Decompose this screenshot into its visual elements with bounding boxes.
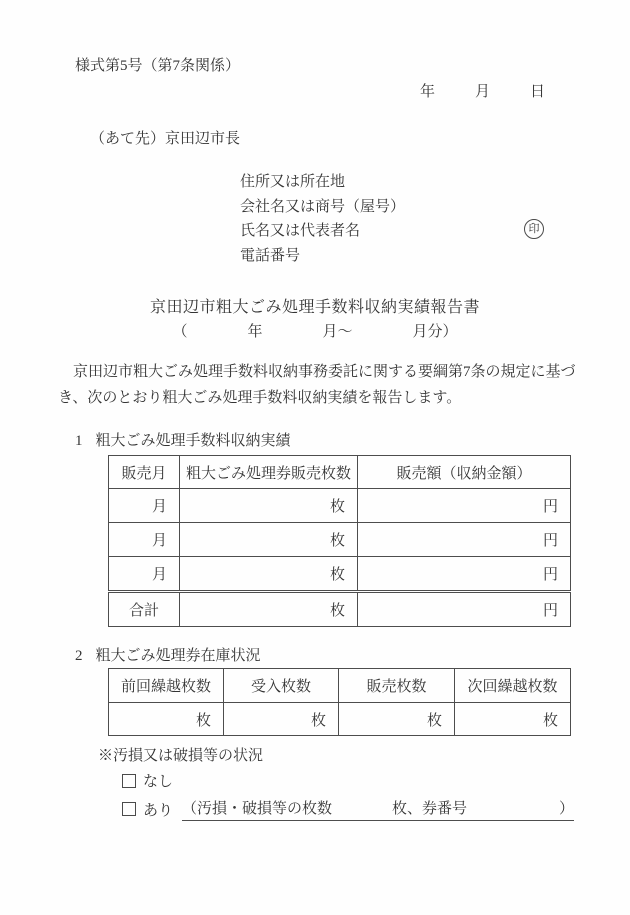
- section1-number: 1: [75, 433, 83, 450]
- cell-total-label: 合計: [109, 592, 180, 627]
- table-total-row: 合計 枚 円: [109, 592, 571, 627]
- cell-count-unit: 枚: [109, 703, 224, 736]
- cell-month-unit: 月: [109, 557, 180, 592]
- table-header-row: 販売月 粗大ごみ処理券販売枚数 販売額（収納金額）: [109, 456, 571, 489]
- cell-count-unit: 枚: [180, 592, 358, 627]
- date-line: 年 月 日: [420, 80, 545, 101]
- col-header-carryover-prev: 前回繰越枚数: [109, 669, 224, 703]
- damage-detail-fill-line: （汚損・破損等の枚数 枚、券番号 ）: [182, 797, 574, 821]
- cell-count-unit: 枚: [180, 523, 358, 557]
- damage-option-none: なし: [122, 770, 173, 791]
- document-period-line: （ 年 月～ 月分）: [0, 320, 630, 341]
- section1-heading: 1粗大ごみ処理手数料収納実績: [75, 429, 291, 450]
- seal-label: 印: [529, 223, 540, 235]
- addressee: （あて先）京田辺市長: [90, 127, 240, 148]
- applicant-address-label: 住所又は所在地: [240, 170, 405, 195]
- applicant-company-label: 会社名又は商号（屋号）: [240, 195, 405, 220]
- applicant-phone-label: 電話番号: [240, 244, 405, 269]
- col-header-received: 受入枚数: [224, 669, 339, 703]
- cell-count-unit: 枚: [180, 557, 358, 592]
- fee-collection-table: 販売月 粗大ごみ処理券販売枚数 販売額（収納金額） 月 枚 円 月 枚 円 月 …: [108, 455, 571, 627]
- damage-detail-left: （汚損・破損等の枚数 枚、券番号: [182, 797, 467, 818]
- cell-yen-unit: 円: [358, 489, 571, 523]
- applicant-block: 住所又は所在地 会社名又は商号（屋号） 氏名又は代表者名 電話番号: [240, 170, 405, 268]
- checkbox-exists-icon[interactable]: [122, 802, 136, 816]
- ticket-stock-table: 前回繰越枚数 受入枚数 販売枚数 次回繰越枚数 枚 枚 枚 枚: [108, 668, 571, 736]
- document-title: 京田辺市粗大ごみ処理手数料収納実績報告書: [0, 294, 630, 317]
- cell-count-unit: 枚: [180, 489, 358, 523]
- table-row: 月 枚 円: [109, 557, 571, 592]
- cell-month-unit: 月: [109, 489, 180, 523]
- form-number: 様式第5号（第7条関係）: [75, 54, 240, 75]
- form-page: 様式第5号（第7条関係） 年 月 日 （あて先）京田辺市長 住所又は所在地 会社…: [0, 0, 630, 915]
- damage-none-label: なし: [143, 770, 173, 791]
- cell-yen-unit: 円: [358, 523, 571, 557]
- cell-count-unit: 枚: [455, 703, 571, 736]
- applicant-name-label: 氏名又は代表者名: [240, 219, 405, 244]
- cell-yen-unit: 円: [358, 592, 571, 627]
- cell-count-unit: 枚: [224, 703, 339, 736]
- seal-icon: 印: [524, 219, 544, 239]
- checkbox-none-icon[interactable]: [122, 774, 136, 788]
- col-header-tickets-sold: 粗大ごみ処理券販売枚数: [180, 456, 358, 489]
- body-line-2: き、次のとおり粗大ごみ処理手数料収納実績を報告します。: [58, 385, 573, 411]
- date-year-label: 年: [420, 80, 435, 101]
- section2-title: 粗大ごみ処理券在庫状況: [96, 648, 261, 664]
- table-header-row: 前回繰越枚数 受入枚数 販売枚数 次回繰越枚数: [109, 669, 571, 703]
- date-month-label: 月: [475, 80, 490, 101]
- table-row: 月 枚 円: [109, 523, 571, 557]
- body-line-1: 京田辺市粗大ごみ処理手数料収納事務委託に関する要綱第7条の規定に基づ: [58, 359, 573, 385]
- damage-status-note: ※汚損又は破損等の状況: [98, 744, 263, 765]
- date-day-label: 日: [530, 80, 545, 101]
- col-header-sales-amount: 販売額（収納金額）: [358, 456, 571, 489]
- col-header-carryover-next: 次回繰越枚数: [455, 669, 571, 703]
- cell-count-unit: 枚: [339, 703, 455, 736]
- cell-yen-unit: 円: [358, 557, 571, 592]
- damage-exists-label: あり: [143, 799, 173, 820]
- damage-detail-close-paren: ）: [559, 797, 574, 818]
- section2-heading: 2粗大ごみ処理券在庫状況: [75, 644, 261, 665]
- col-header-sold: 販売枚数: [339, 669, 455, 703]
- cell-month-unit: 月: [109, 523, 180, 557]
- table-row: 枚 枚 枚 枚: [109, 703, 571, 736]
- col-header-sale-month: 販売月: [109, 456, 180, 489]
- table-row: 月 枚 円: [109, 489, 571, 523]
- damage-option-exists: あり （汚損・破損等の枚数 枚、券番号 ）: [122, 797, 574, 821]
- body-paragraph: 京田辺市粗大ごみ処理手数料収納事務委託に関する要綱第7条の規定に基づ き、次のと…: [58, 359, 573, 411]
- section1-title: 粗大ごみ処理手数料収納実績: [96, 433, 291, 449]
- section2-number: 2: [75, 648, 83, 665]
